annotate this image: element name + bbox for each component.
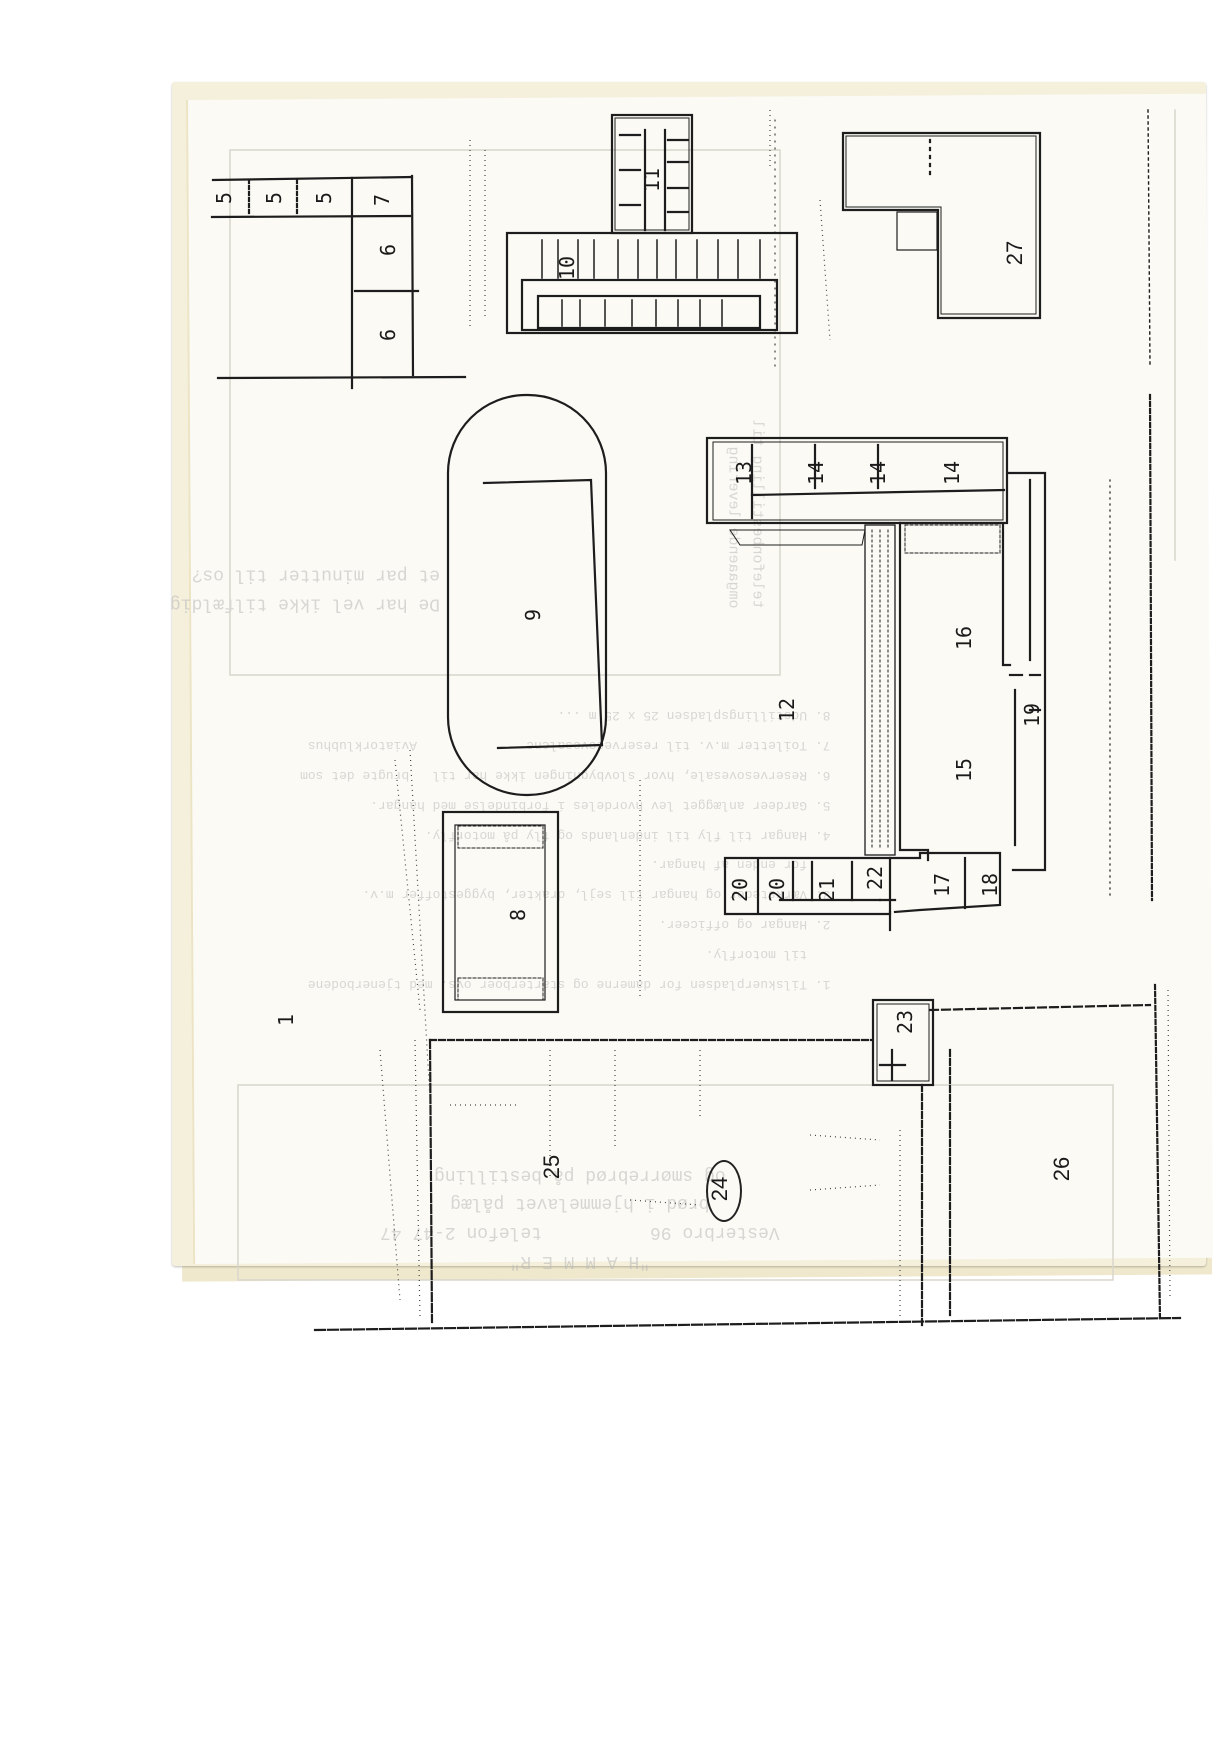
- area-label-5: 5: [314, 192, 334, 204]
- area-label-9: 9: [523, 609, 543, 621]
- area-label-12: 12: [777, 698, 797, 722]
- area-label-8: 8: [508, 909, 528, 921]
- area-label-6: 6: [378, 329, 398, 341]
- area-label-22: 22: [865, 866, 885, 890]
- area-label-27: 27: [1004, 241, 1026, 265]
- area-label-20: 20: [730, 878, 750, 902]
- area-label-15: 15: [954, 758, 974, 782]
- area-label-14: 14: [868, 461, 888, 485]
- site-plan-drawing: [0, 0, 1228, 1742]
- area-label-10: 10: [557, 256, 577, 280]
- area-label-7: 7: [372, 194, 392, 206]
- area-label-23: 23: [895, 1010, 915, 1034]
- area-label-1: 1: [276, 1014, 296, 1026]
- area-label-14: 14: [942, 461, 962, 485]
- area-label-20: 20: [767, 878, 787, 902]
- area-label-5: 5: [264, 192, 284, 204]
- area-label-26: 26: [1051, 1157, 1073, 1181]
- area-label-25: 25: [541, 1155, 563, 1179]
- area-label-24: 24: [709, 1177, 731, 1201]
- area-label-17: 17: [932, 873, 952, 897]
- area-label-21: 21: [817, 878, 837, 902]
- area-label-14: 14: [806, 461, 826, 485]
- area-label-18: 18: [980, 873, 1000, 897]
- area-label-16: 16: [954, 626, 974, 650]
- area-label-19: 19: [1022, 703, 1042, 727]
- area-label-5: 5: [214, 192, 234, 204]
- area-label-11: 11: [642, 168, 662, 192]
- area-label-13: 13: [734, 461, 754, 485]
- area-label-6: 6: [378, 244, 398, 256]
